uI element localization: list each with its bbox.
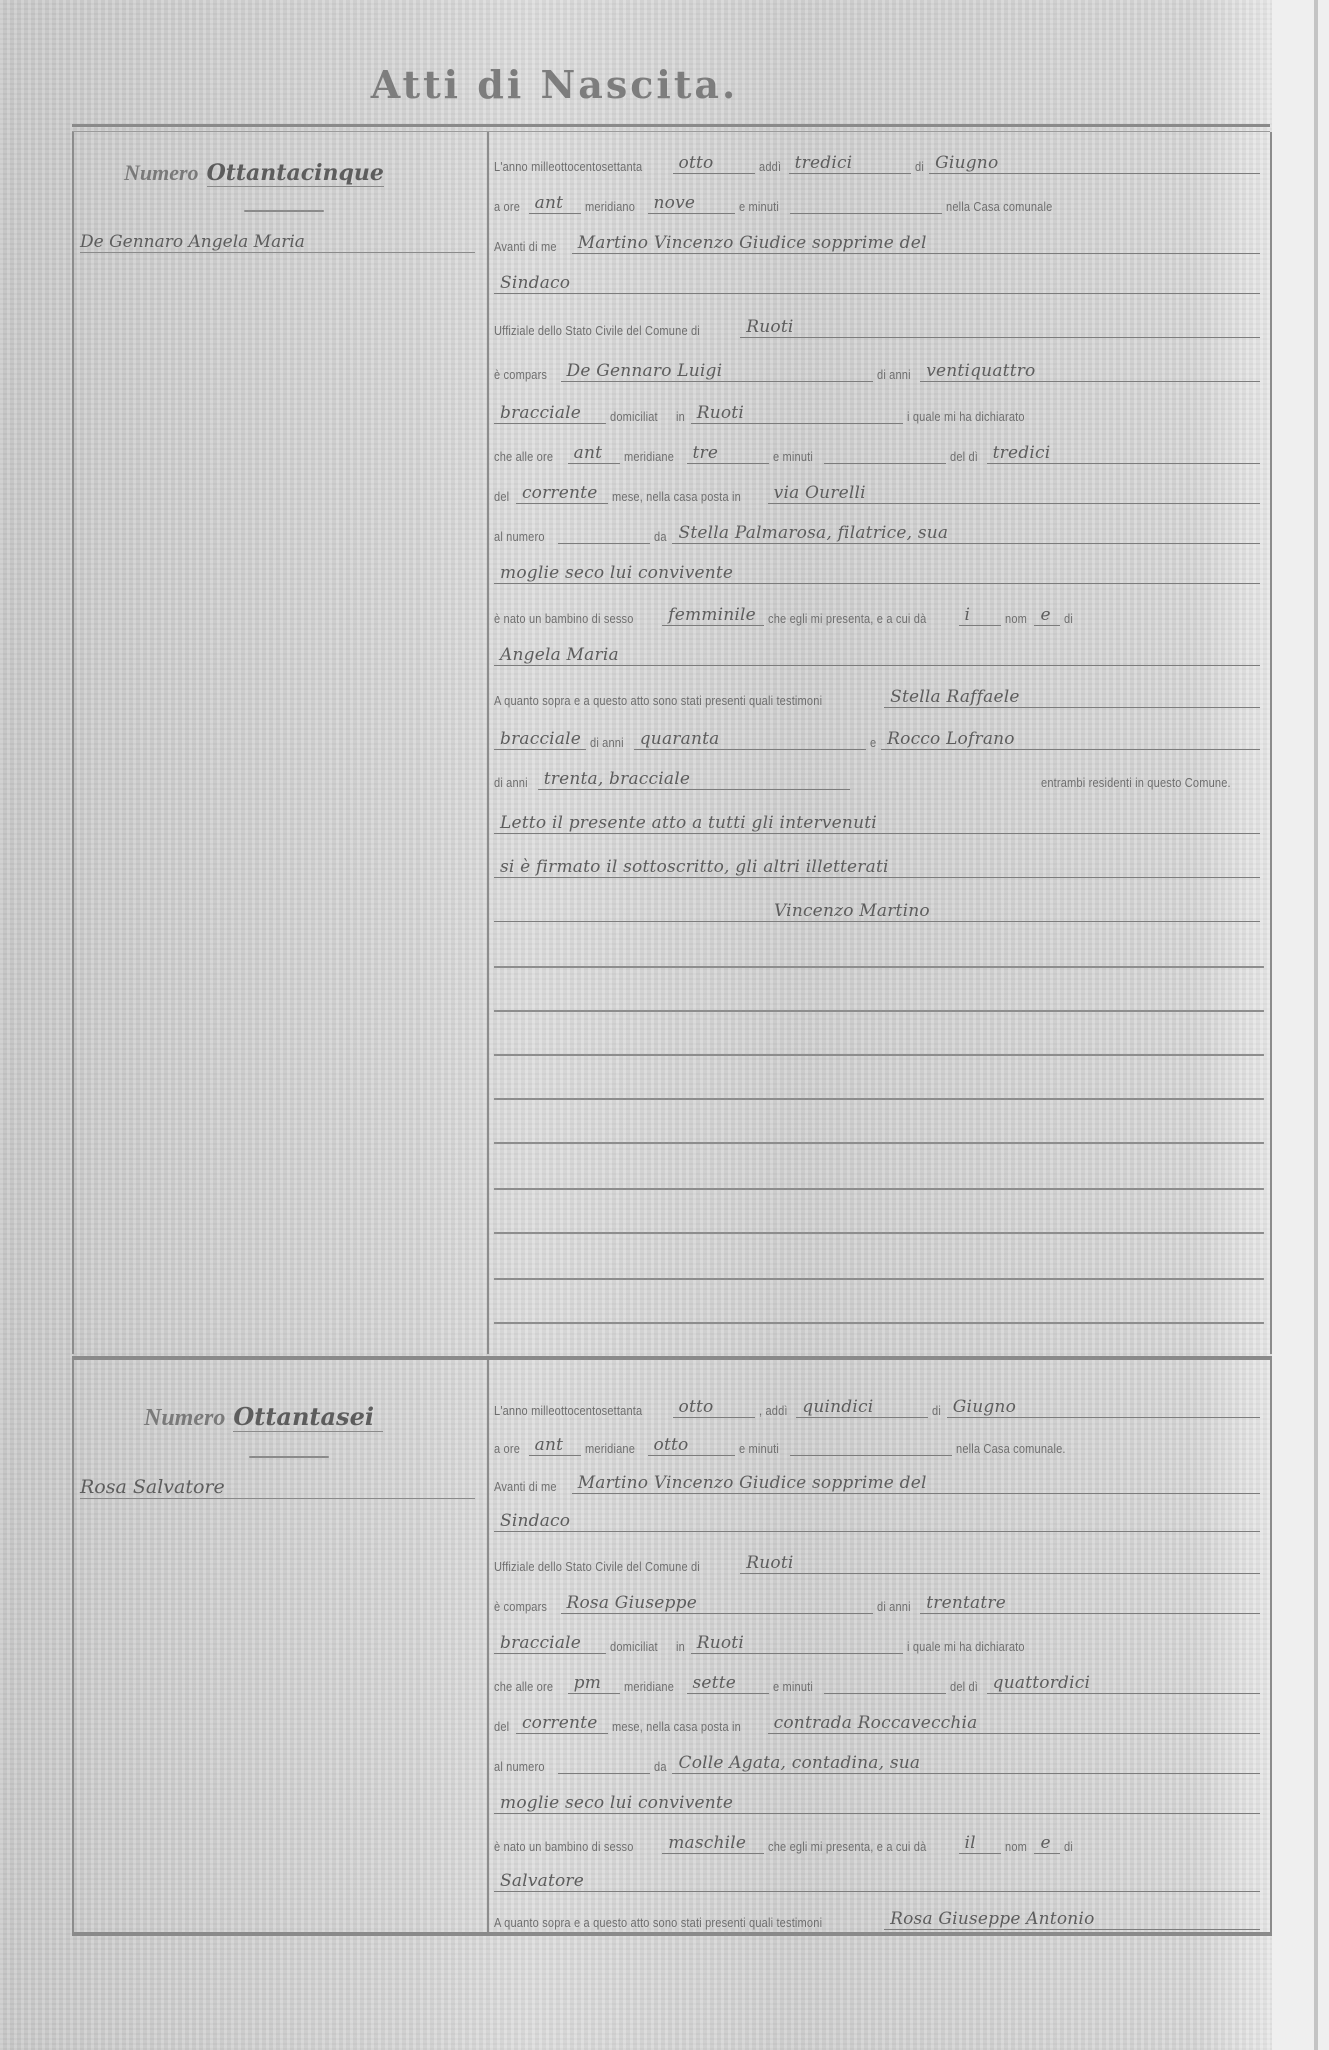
- line-avanti-cont: Sindaco: [494, 1498, 1264, 1532]
- line-avanti-cont: Sindaco: [494, 260, 1264, 294]
- line-nome: Salvatore: [494, 1858, 1264, 1892]
- line-numero-da: al numero da Colle Agata, contadina, sua: [494, 1740, 1264, 1774]
- line-testimone-2: di anni trenta, bracciale entrambi resid…: [494, 756, 1264, 790]
- line-ufficiale: Uffiziale dello Stato Civile del Comune …: [494, 1540, 1264, 1574]
- blank-rule: [494, 1142, 1264, 1144]
- line-anno: L'anno milleottocentosettanta otto addì …: [494, 140, 1264, 174]
- blank-rule: [494, 1010, 1264, 1012]
- line-compars: è compars De Gennaro Luigi di anni venti…: [494, 348, 1264, 382]
- line-testimone-1: bracciale di anni quaranta e Rocco Lofra…: [494, 716, 1264, 750]
- officer-signature: Vincenzo Martino: [494, 901, 1260, 922]
- line-avanti: Avanti di me Martino Vincenzo Giudice so…: [494, 220, 1264, 254]
- record-number: NumeroOttantasei: [144, 1402, 383, 1432]
- line-testimoni: A quanto sopra e a questo atto sono stat…: [494, 674, 1264, 708]
- line-ufficiale: Uffiziale dello Stato Civile del Comune …: [494, 304, 1264, 338]
- blank-rule: [494, 966, 1264, 968]
- line-avanti: Avanti di me Martino Vincenzo Giudice so…: [494, 1460, 1264, 1494]
- blank-rule: [494, 1232, 1264, 1234]
- line-da-cont: moglie seco lui convivente: [494, 550, 1264, 584]
- line-anno: L'anno milleottocentosettanta otto , add…: [494, 1384, 1264, 1418]
- record-number-value: Ottantacinque: [207, 160, 384, 187]
- line-signature: Vincenzo Martino: [494, 888, 1264, 922]
- child-name: De Gennaro Angela Maria: [80, 232, 475, 253]
- blank-rule: [494, 1322, 1264, 1324]
- column-separator: [487, 1360, 489, 1932]
- line-domicilio: bracciale domiciliat in Ruoti i quale mi…: [494, 1620, 1264, 1654]
- line-mese: del corrente mese, nella casa posta in c…: [494, 1700, 1264, 1734]
- line-alle-ore: che alle ore pm meridiane sette e minuti…: [494, 1660, 1264, 1694]
- line-ore: a ore ant meridiano nove e minuti nella …: [494, 180, 1264, 214]
- line-mese: del corrente mese, nella casa posta in v…: [494, 470, 1264, 504]
- blank-rule: [494, 1278, 1264, 1280]
- column-separator: [487, 132, 489, 1354]
- line-ore: a ore ant meridiane otto e minuti nella …: [494, 1422, 1264, 1456]
- birth-record-1: NumeroOttantacinque De Gennaro Angela Ma…: [72, 132, 1272, 1354]
- line-alle-ore: che alle ore ant meridiane tre e minuti …: [494, 430, 1264, 464]
- line-sesso: è nato un bambino di sesso maschile che …: [494, 1820, 1264, 1854]
- blank-rule: [494, 1054, 1264, 1056]
- flourish-rule: [244, 210, 324, 212]
- birth-record-2: NumeroOttantasei Rosa Salvatore L'anno m…: [72, 1356, 1272, 1936]
- line-closing-2: si è firmato il sottoscritto, gli altri …: [494, 844, 1264, 878]
- record-number-value: Ottantasei: [233, 1402, 383, 1432]
- line-nome: Angela Maria: [494, 632, 1264, 666]
- child-name: Rosa Salvatore: [80, 1476, 475, 1499]
- document-title: Atti di Nascita.: [0, 62, 1219, 107]
- blank-rule: [494, 1098, 1264, 1100]
- record-number: NumeroOttantacinque: [124, 160, 384, 187]
- blank-rule: [494, 1188, 1264, 1190]
- line-numero-da: al numero da Stella Palmarosa, filatrice…: [494, 510, 1264, 544]
- line-closing-1: Letto il presente atto a tutti gli inter…: [494, 800, 1264, 834]
- line-sesso: è nato un bambino di sesso femminile che…: [494, 592, 1264, 626]
- table-top-rule: [72, 124, 1270, 127]
- line-da-cont: moglie seco lui convivente: [494, 1780, 1264, 1814]
- scan-edge: [1272, 0, 1329, 2050]
- line-domicilio: bracciale domiciliat in Ruoti i quale mi…: [494, 390, 1264, 424]
- line-testimoni: A quanto sopra e a questo atto sono stat…: [494, 1896, 1264, 1930]
- flourish-rule: [249, 1456, 329, 1458]
- line-compars: è compars Rosa Giuseppe di anni trentatr…: [494, 1580, 1264, 1614]
